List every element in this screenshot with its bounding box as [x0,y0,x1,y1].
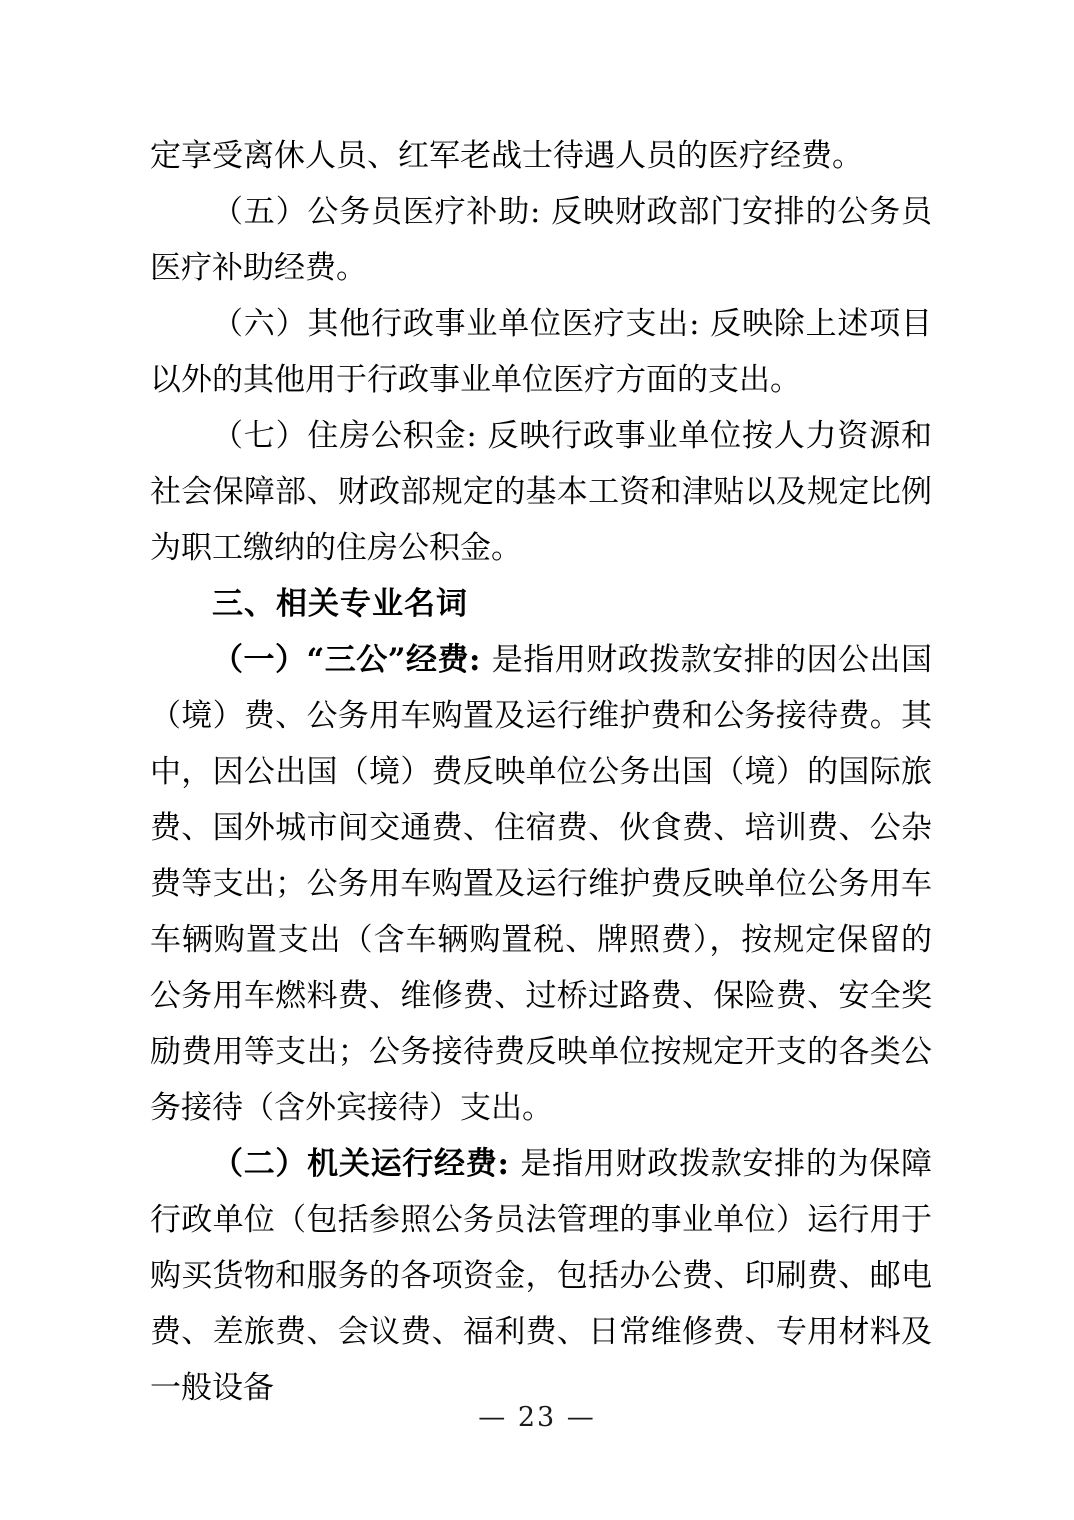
document-body: 定享受离休人员、红军老战士待遇人员的医疗经费。（五）公务员医疗补助: 反映财政部… [150,128,932,1416]
section-heading: 三、相关专业名词 [150,576,932,632]
paragraph: （二）机关运行经费: 是指用财政拨款安排的为保障行政单位（包括参照公务员法管理的… [150,1136,932,1416]
document-page: 定享受离休人员、红军老战士待遇人员的医疗经费。（五）公务员医疗补助: 反映财政部… [0,0,1074,1520]
paragraph: （一）“三公”经费: 是指用财政拨款安排的因公出国（境）费、公务用车购置及运行维… [150,632,932,1136]
text-segment: 定享受离休人员、红军老战士待遇人员的医疗经费。 [150,138,863,174]
paragraph: （七）住房公积金: 反映行政事业单位按人力资源和社会保障部、财政部规定的基本工资… [150,408,932,576]
text-segment: （七）住房公积金: 反映行政事业单位按人力资源和社会保障部、财政部规定的基本工资… [150,418,932,566]
text-segment: （一）“三公”经费: [212,642,492,678]
text-segment: 是指用财政拨款安排的为保障行政单位（包括参照公务员法管理的事业单位）运行用于购买… [150,1146,932,1406]
paragraph: 定享受离休人员、红军老战士待遇人员的医疗经费。 [150,128,932,184]
paragraph: （六）其他行政事业单位医疗支出: 反映除上述项目以外的其他用于行政事业单位医疗方… [150,296,932,408]
text-segment: （六）其他行政事业单位医疗支出: 反映除上述项目以外的其他用于行政事业单位医疗方… [150,306,932,398]
text-segment: 三、相关专业名词 [212,586,468,622]
page-footer: — 23 — [0,1398,1074,1438]
text-segment: （五）公务员医疗补助: 反映财政部门安排的公务员医疗补助经费。 [150,194,932,286]
text-segment: 是指用财政拨款安排的因公出国（境）费、公务用车购置及运行维护费和公务接待费。其中… [150,642,932,1126]
text-segment: （二）机关运行经费: [212,1146,520,1182]
page-number: — 23 — [478,1402,596,1433]
paragraph: （五）公务员医疗补助: 反映财政部门安排的公务员医疗补助经费。 [150,184,932,296]
